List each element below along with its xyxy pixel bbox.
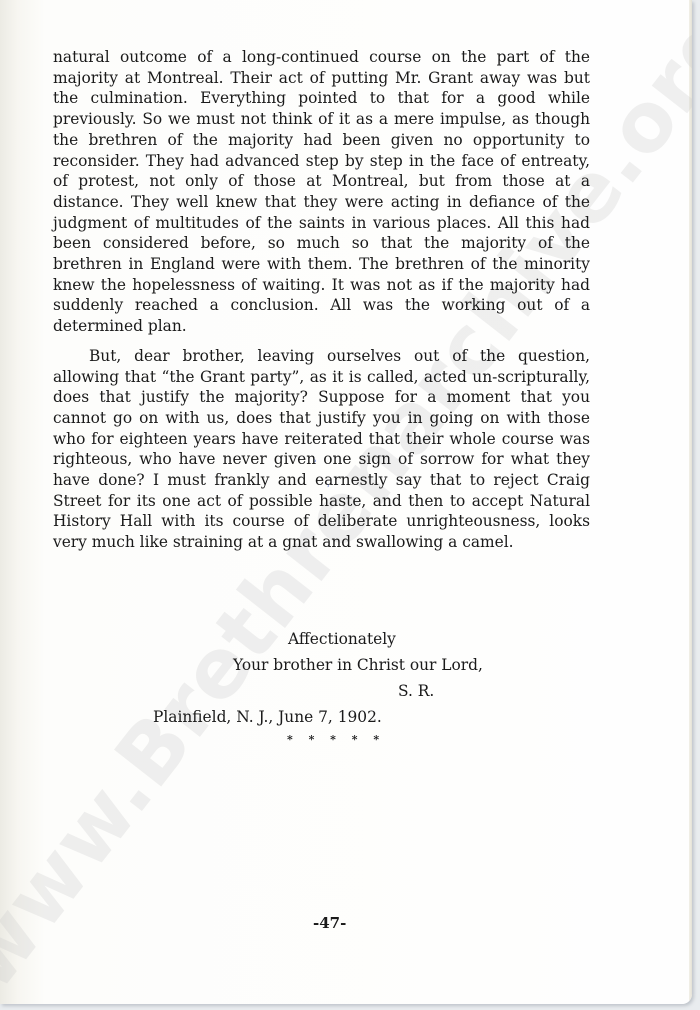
closing-signature-line: Your brother in Christ our Lord, bbox=[233, 656, 483, 674]
scanned-page: www.Brethrenarchive.org natural outcome … bbox=[0, 0, 692, 1004]
closing-initials: S. R. bbox=[398, 682, 434, 700]
body-text: natural outcome of a long-continued cour… bbox=[53, 47, 590, 553]
page-edge bbox=[689, 0, 692, 1004]
ink-mark: ʾ bbox=[327, 487, 332, 492]
paragraph-2: But, dear brother, leaving ourselves out… bbox=[53, 346, 590, 553]
closing-place-date: Plainfield, N. J., June 7, 1902. bbox=[153, 708, 382, 726]
page-number: -47- bbox=[313, 914, 346, 932]
ink-mark: ʾ bbox=[314, 462, 319, 467]
section-separator: * * * * * bbox=[287, 733, 385, 746]
paragraph-1: natural outcome of a long-continued cour… bbox=[53, 47, 590, 337]
closing-salutation: Affectionately bbox=[288, 630, 396, 648]
